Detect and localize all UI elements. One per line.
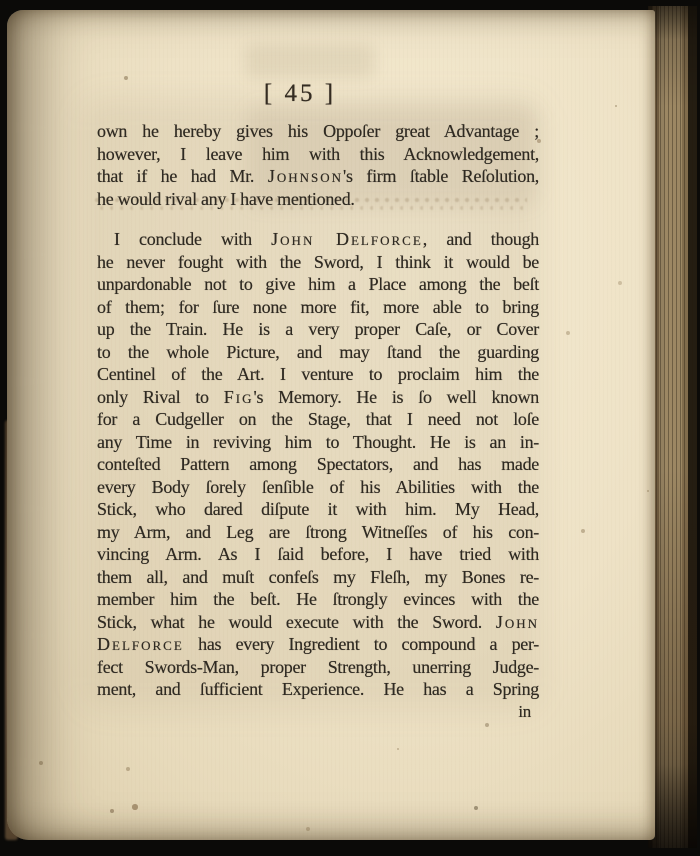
text-line: them all, and muſt confeſs my Fleſh, my … [97,566,539,589]
text-line: every Body ſorely ſenſible of his Abilit… [97,476,539,499]
small-caps-name: Fig [224,387,254,407]
text-line: of them; for ſure none more fit, more ab… [97,296,539,319]
small-caps-name: Johnson [268,166,343,186]
text-line: up the Train. He is a very proper Caſe, … [97,318,539,341]
book-photo: [ 45 ] own he hereby gives his Oppoſer g… [0,0,700,856]
catchword: in [97,701,539,723]
paragraph: I conclude with John Delforce, and thoug… [97,228,539,701]
text-line: only Rival to Fig's Memory. He is ſo wel… [97,386,539,409]
text-line: however, I leave him with this Acknowled… [97,143,539,166]
text-line: conteſted Pattern among Spectators, and … [97,453,539,476]
text-line: Stick, who dared diſpute it with him. My… [97,498,539,521]
paper-specks [7,10,9,12]
text-line: that if he had Mr. Johnson's firm ſtable… [97,165,539,188]
text-line: Delforce has every Ingredient to compoun… [97,633,539,656]
text-line: to the whole Picture, and may ſtand the … [97,341,539,364]
text-line: own he hereby gives his Oppoſer great Ad… [97,120,539,143]
text-line: fect Swords-Man, proper Strength, unerri… [97,656,539,679]
book-page: [ 45 ] own he hereby gives his Oppoſer g… [7,10,655,840]
text-line: Centinel of the Art. I venture to procla… [97,363,539,386]
paragraphs: own he hereby gives his Oppoſer great Ad… [97,120,539,701]
text-line: member him the beſt. He ſtrongly evinces… [97,588,539,611]
text-line: unpardonable not to give him a Place amo… [97,273,539,296]
text-line: he never fought with the Sword, I think … [97,251,539,274]
small-caps-name: John Delforce [271,229,423,249]
showthrough-shading-header [245,44,375,78]
text-line: I conclude with John Delforce, and thoug… [97,228,539,251]
page-number: [ 45 ] [230,80,370,112]
page-text: own he hereby gives his Oppoſer great Ad… [97,120,539,723]
text-line: he would rival any I have mentioned. [97,188,539,211]
paragraph: own he hereby gives his Oppoſer great Ad… [97,120,539,210]
text-line: for a Cudgeller on the Stage, that I nee… [97,408,539,431]
text-line: my Arm, and Leg are ſtrong Witneſſes of … [97,521,539,544]
text-line: any Time in reviving him to Thought. He … [97,431,539,454]
small-caps-name: Delforce [97,634,184,654]
text-line: Stick, what he would execute with the Sw… [97,611,539,634]
text-line: vincing Arm. As I ſaid before, I have tr… [97,543,539,566]
small-caps-name: John [496,612,539,632]
book-page-edges-shadow [648,6,697,848]
text-line: ment, and ſufficient Experience. He has … [97,678,539,701]
